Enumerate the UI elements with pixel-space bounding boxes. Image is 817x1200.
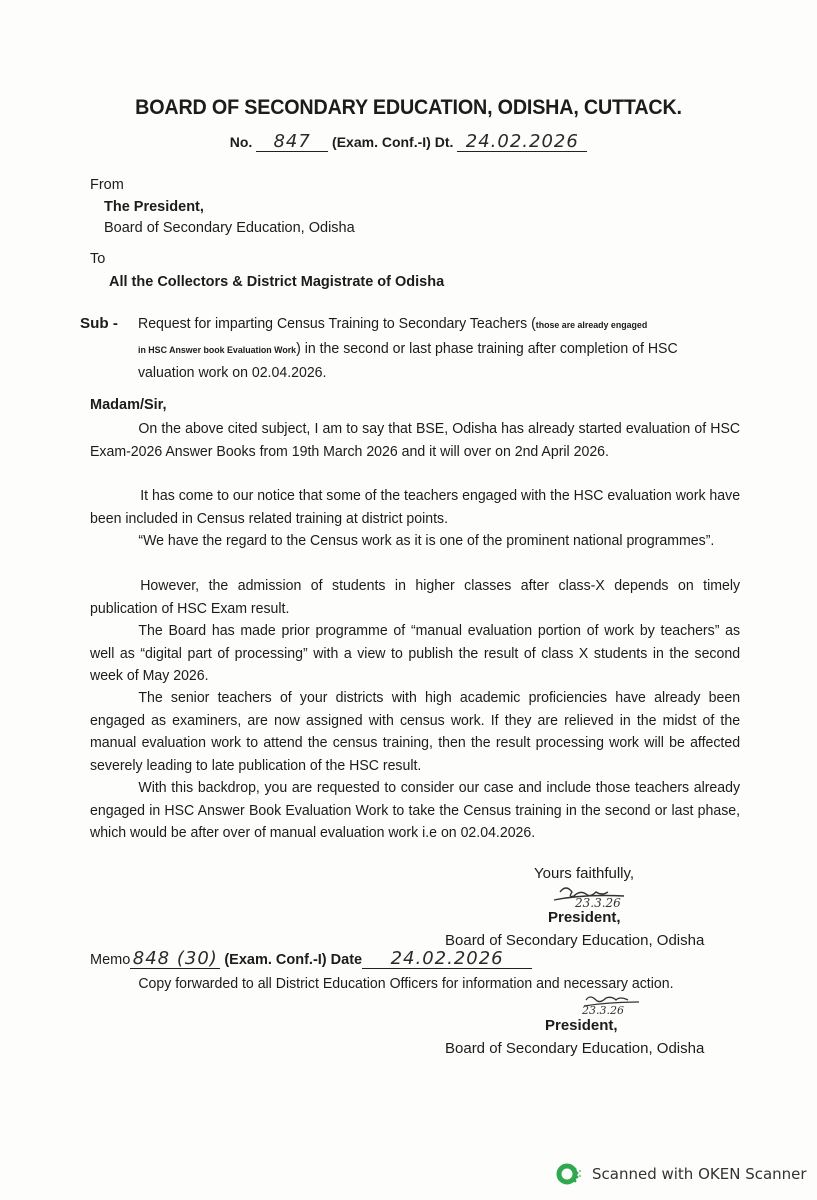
- oken-scanner-logo-icon: [556, 1161, 582, 1187]
- signature-1-date: 23.3.26: [575, 896, 621, 910]
- to-recipient: All the Collectors & District Magistrate…: [109, 274, 444, 290]
- document-title: BOARD OF SECONDARY EDUCATION, ODISHA, CU…: [25, 96, 793, 120]
- body-paragraph-1: On the above cited subject, I am to say …: [90, 418, 740, 463]
- section-label: (Exam. Conf.-I) Dt.: [332, 134, 453, 150]
- signatory-org-2: Board of Secondary Education, Odisha: [445, 1040, 704, 1057]
- body-paragraph-3: “We have the regard to the Census work a…: [90, 530, 740, 553]
- memo-section: (Exam. Conf.-I) Date: [224, 952, 362, 968]
- body-paragraph-4: However, the admission of students in hi…: [90, 575, 740, 620]
- body-paragraph-7: With this backdrop, you are requested to…: [90, 777, 740, 845]
- body-paragraph-6: The senior teachers of your districts wi…: [90, 687, 740, 777]
- signature-2-date: 23.3.26: [582, 1004, 624, 1017]
- subject-note-part1: those are already engaged: [536, 320, 647, 331]
- closing: Yours faithfully,: [534, 865, 634, 882]
- subject-text-part1: Request for imparting Census Training to…: [138, 315, 536, 332]
- letter-number: 847: [256, 133, 328, 152]
- subject-note-part2: in HSC Answer book Evaluation Work: [138, 345, 296, 356]
- scanner-watermark: Scanned with OKEN Scanner: [556, 1161, 807, 1187]
- letter-date: 24.02.2026: [457, 133, 587, 152]
- subject-label: Sub -: [80, 313, 118, 336]
- from-name: The President,: [104, 199, 204, 215]
- letter-no-label: No.: [230, 134, 253, 150]
- salutation: Madam/Sir,: [90, 397, 167, 413]
- memo-date: 24.02.2026: [362, 950, 532, 969]
- body-paragraph-5: The Board has made prior programme of “m…: [90, 620, 740, 688]
- memo-label: Memo: [90, 952, 130, 968]
- subject-text: Request for imparting Census Training to…: [138, 313, 733, 385]
- body-paragraph-2: It has come to our notice that some of t…: [90, 485, 740, 530]
- signatory-org-1: Board of Secondary Education, Odisha: [445, 932, 704, 949]
- to-label: To: [90, 251, 105, 267]
- scanner-text: Scanned with OKEN Scanner: [592, 1165, 807, 1183]
- reference-line: No. 847 (Exam. Conf.-I) Dt. 24.02.2026: [0, 133, 817, 152]
- memo-line: Memo848 (30) (Exam. Conf.-I) Date24.02.2…: [90, 950, 532, 969]
- memo-number: 848 (30): [130, 950, 220, 969]
- from-label: From: [90, 177, 124, 193]
- from-org: Board of Secondary Education, Odisha: [104, 220, 355, 236]
- signatory-title-1: President,: [548, 909, 621, 926]
- signatory-title-2: President,: [545, 1017, 618, 1034]
